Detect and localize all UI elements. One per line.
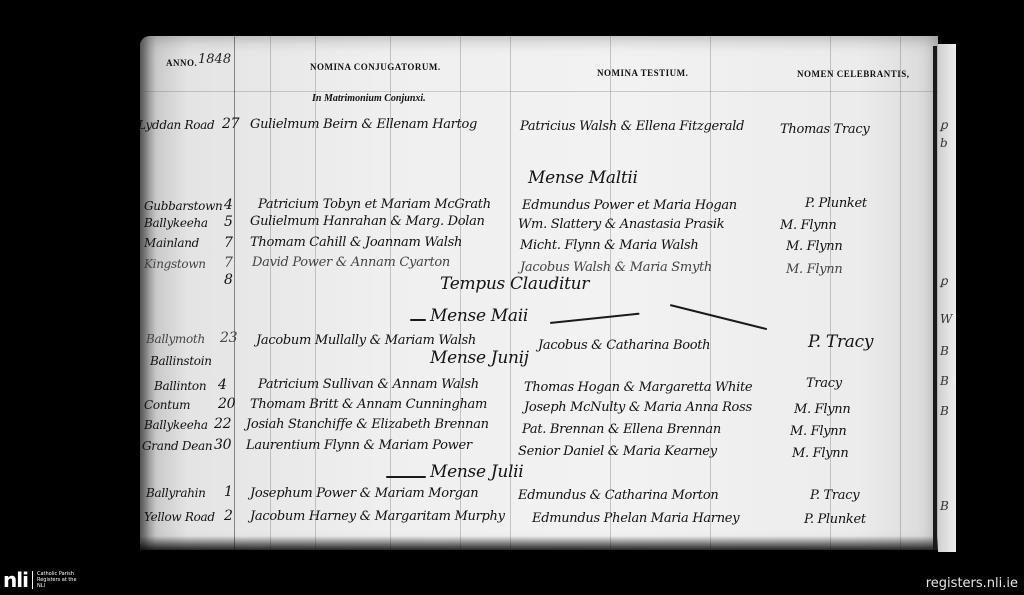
- adjacent-page-scribble: B: [940, 404, 949, 418]
- adjacent-page-scribble: B: [940, 499, 949, 513]
- column-rule: [900, 36, 901, 550]
- page-bottom-shadow: [140, 536, 938, 550]
- entry-celebrant: M. Flynn: [792, 446, 848, 461]
- adjacent-page-scribble: B: [940, 344, 949, 358]
- entry-celebrant: M. Flynn: [786, 239, 842, 254]
- entry-witnesses: Wm. Slattery & Anastasia Prasik: [518, 217, 724, 232]
- entry-spouses: Thomam Britt & Annam Cunningham: [250, 397, 487, 412]
- entry-day: 8: [224, 272, 233, 288]
- entry-celebrant: P. Plunket: [805, 196, 867, 211]
- entry-witnesses: Jacobus Walsh & Maria Smyth: [520, 260, 712, 275]
- column-rule: [830, 36, 831, 550]
- adjacent-page-scribble: W: [940, 312, 952, 326]
- entry-day: 5: [224, 214, 233, 230]
- entry-place: Ballinton: [154, 379, 206, 393]
- flourish-stroke: [386, 476, 426, 478]
- column-rule: [610, 36, 611, 550]
- column-rule: [234, 36, 235, 550]
- header-rule: [140, 91, 938, 92]
- entry-place: Lyddan Road: [140, 118, 214, 132]
- register-viewer: ANNO. 1848 NOMINA CONJUGATORUM. In Matri…: [0, 0, 1024, 595]
- adjacent-page-strip: ꝑ b ꝑ W B B B B: [938, 44, 956, 552]
- page-edge: [933, 46, 937, 550]
- flourish-stroke: [410, 319, 426, 321]
- header-witnesses: NOMINA TESTIUM.: [597, 68, 688, 78]
- entry-place: Yellow Road: [144, 510, 215, 524]
- nli-logo: nli Catholic Parish Registers at the NLI: [3, 570, 77, 590]
- month-heading-june: Mense Junij: [430, 348, 529, 368]
- entry-celebrant: Thomas Tracy: [780, 122, 869, 137]
- entry-celebrant: Tracy: [806, 376, 842, 391]
- entry-spouses: Thomam Cahill & Joannam Walsh: [250, 235, 462, 250]
- entry-day: 7: [224, 235, 233, 251]
- column-rule: [315, 36, 316, 550]
- entry-day: 20: [218, 396, 235, 412]
- adjacent-page-scribble: B: [940, 374, 949, 388]
- entry-celebrant: P. Tracy: [810, 488, 859, 503]
- logo-divider: [32, 571, 33, 589]
- entry-spouses: Jacobum Harney & Margaritam Murphy: [250, 509, 505, 524]
- entry-witnesses: Thomas Hogan & Margaretta White: [524, 380, 752, 395]
- entry-witnesses: Edmundus Power et Maria Hogan: [522, 198, 737, 213]
- entry-place: Mainland: [144, 236, 199, 250]
- entry-witnesses: Edmundus Phelan Maria Harney: [532, 511, 739, 526]
- adjacent-page-scribble: ꝑ: [940, 274, 948, 288]
- column-rule: [390, 36, 391, 550]
- entry-place: Ballinstoin: [150, 354, 212, 368]
- column-rule: [270, 36, 271, 550]
- entry-day: 7: [224, 255, 233, 271]
- header-spouses: NOMINA CONJUGATORUM.: [310, 62, 441, 72]
- entry-day: 2: [224, 508, 233, 524]
- entry-place: Gubbarstown: [144, 199, 222, 213]
- entry-witnesses: Joseph McNulty & Maria Anna Ross: [524, 400, 752, 415]
- month-heading-may: Mense Maii: [430, 306, 528, 326]
- entry-day: 27: [222, 116, 239, 132]
- entry-spouses: Laurentium Flynn & Mariam Power: [246, 438, 472, 453]
- entry-spouses: Jacobum Mullally & Mariam Walsh: [256, 333, 476, 348]
- entry-day: 4: [224, 197, 233, 213]
- site-url: registers.nli.ie: [926, 576, 1018, 591]
- entry-place: Kingstown: [144, 257, 206, 271]
- entry-place: Contum: [144, 398, 190, 412]
- anno-label: ANNO.: [166, 58, 197, 68]
- month-heading-july: Mense Julii: [430, 462, 523, 482]
- logo-caption: Catholic Parish Registers at the NLI: [37, 571, 77, 589]
- entry-day: 22: [214, 416, 231, 432]
- adjacent-page-scribble: ꝑ: [940, 118, 948, 132]
- entry-place: Grand Dean: [142, 439, 212, 453]
- entry-spouses: Josiah Stanchiffe & Elizabeth Brennan: [246, 417, 489, 432]
- flourish-stroke: [550, 313, 640, 324]
- entry-celebrant: M. Flynn: [790, 424, 846, 439]
- entry-day: 1: [224, 484, 233, 500]
- month-heading-closed: Tempus Clauditur: [440, 274, 589, 294]
- entry-witnesses: Senior Daniel & Maria Kearney: [518, 444, 717, 459]
- entry-place: Ballymoth: [146, 332, 205, 346]
- entry-spouses: Patricium Sullivan & Annam Walsh: [258, 377, 479, 392]
- header-celebrant: NOMEN CELEBRANTIS,: [797, 69, 910, 79]
- entry-witnesses: Jacobus & Catharina Booth: [538, 338, 710, 353]
- entry-spouses: David Power & Annam Cyarton: [252, 255, 450, 270]
- entry-witnesses: Edmundus & Catharina Morton: [518, 488, 718, 503]
- entry-spouses: Gulielmum Hanrahan & Marg. Dolan: [250, 214, 485, 229]
- entry-day: 4: [218, 377, 227, 393]
- entry-witnesses: Pat. Brennan & Ellena Brennan: [522, 422, 721, 437]
- register-page: ANNO. 1848 NOMINA CONJUGATORUM. In Matri…: [140, 36, 938, 550]
- entry-witnesses: Micht. Flynn & Maria Walsh: [520, 238, 698, 253]
- entry-day: 23: [220, 330, 237, 346]
- entry-celebrant: M. Flynn: [786, 262, 842, 277]
- entry-celebrant: P. Tracy: [808, 332, 873, 352]
- entry-place: Ballyrahin: [146, 486, 206, 500]
- entry-place: Ballykeeha: [144, 418, 208, 432]
- column-rule: [710, 36, 711, 550]
- nli-logo-mark: nli: [3, 570, 28, 590]
- header-spouses-subtitle: In Matrimonium Conjunxi.: [312, 93, 426, 104]
- entry-place: Ballykeeha: [144, 216, 208, 230]
- register-year: 1848: [198, 52, 231, 67]
- month-heading-february: Mense Maltii: [528, 168, 638, 188]
- adjacent-page-scribble: b: [940, 136, 948, 150]
- entry-spouses: Josephum Power & Mariam Morgan: [250, 486, 478, 501]
- entry-spouses: Patricium Tobyn et Mariam McGrath: [258, 197, 491, 212]
- flourish-stroke: [670, 304, 768, 330]
- entry-witnesses: Patricius Walsh & Ellena Fitzgerald: [520, 119, 744, 134]
- entry-celebrant: M. Flynn: [780, 218, 836, 233]
- entry-spouses: Gulielmum Beirn & Ellenam Hartog: [250, 117, 477, 132]
- entry-celebrant: M. Flynn: [794, 402, 850, 417]
- entry-celebrant: P. Plunket: [804, 512, 866, 527]
- entry-day: 30: [214, 437, 231, 453]
